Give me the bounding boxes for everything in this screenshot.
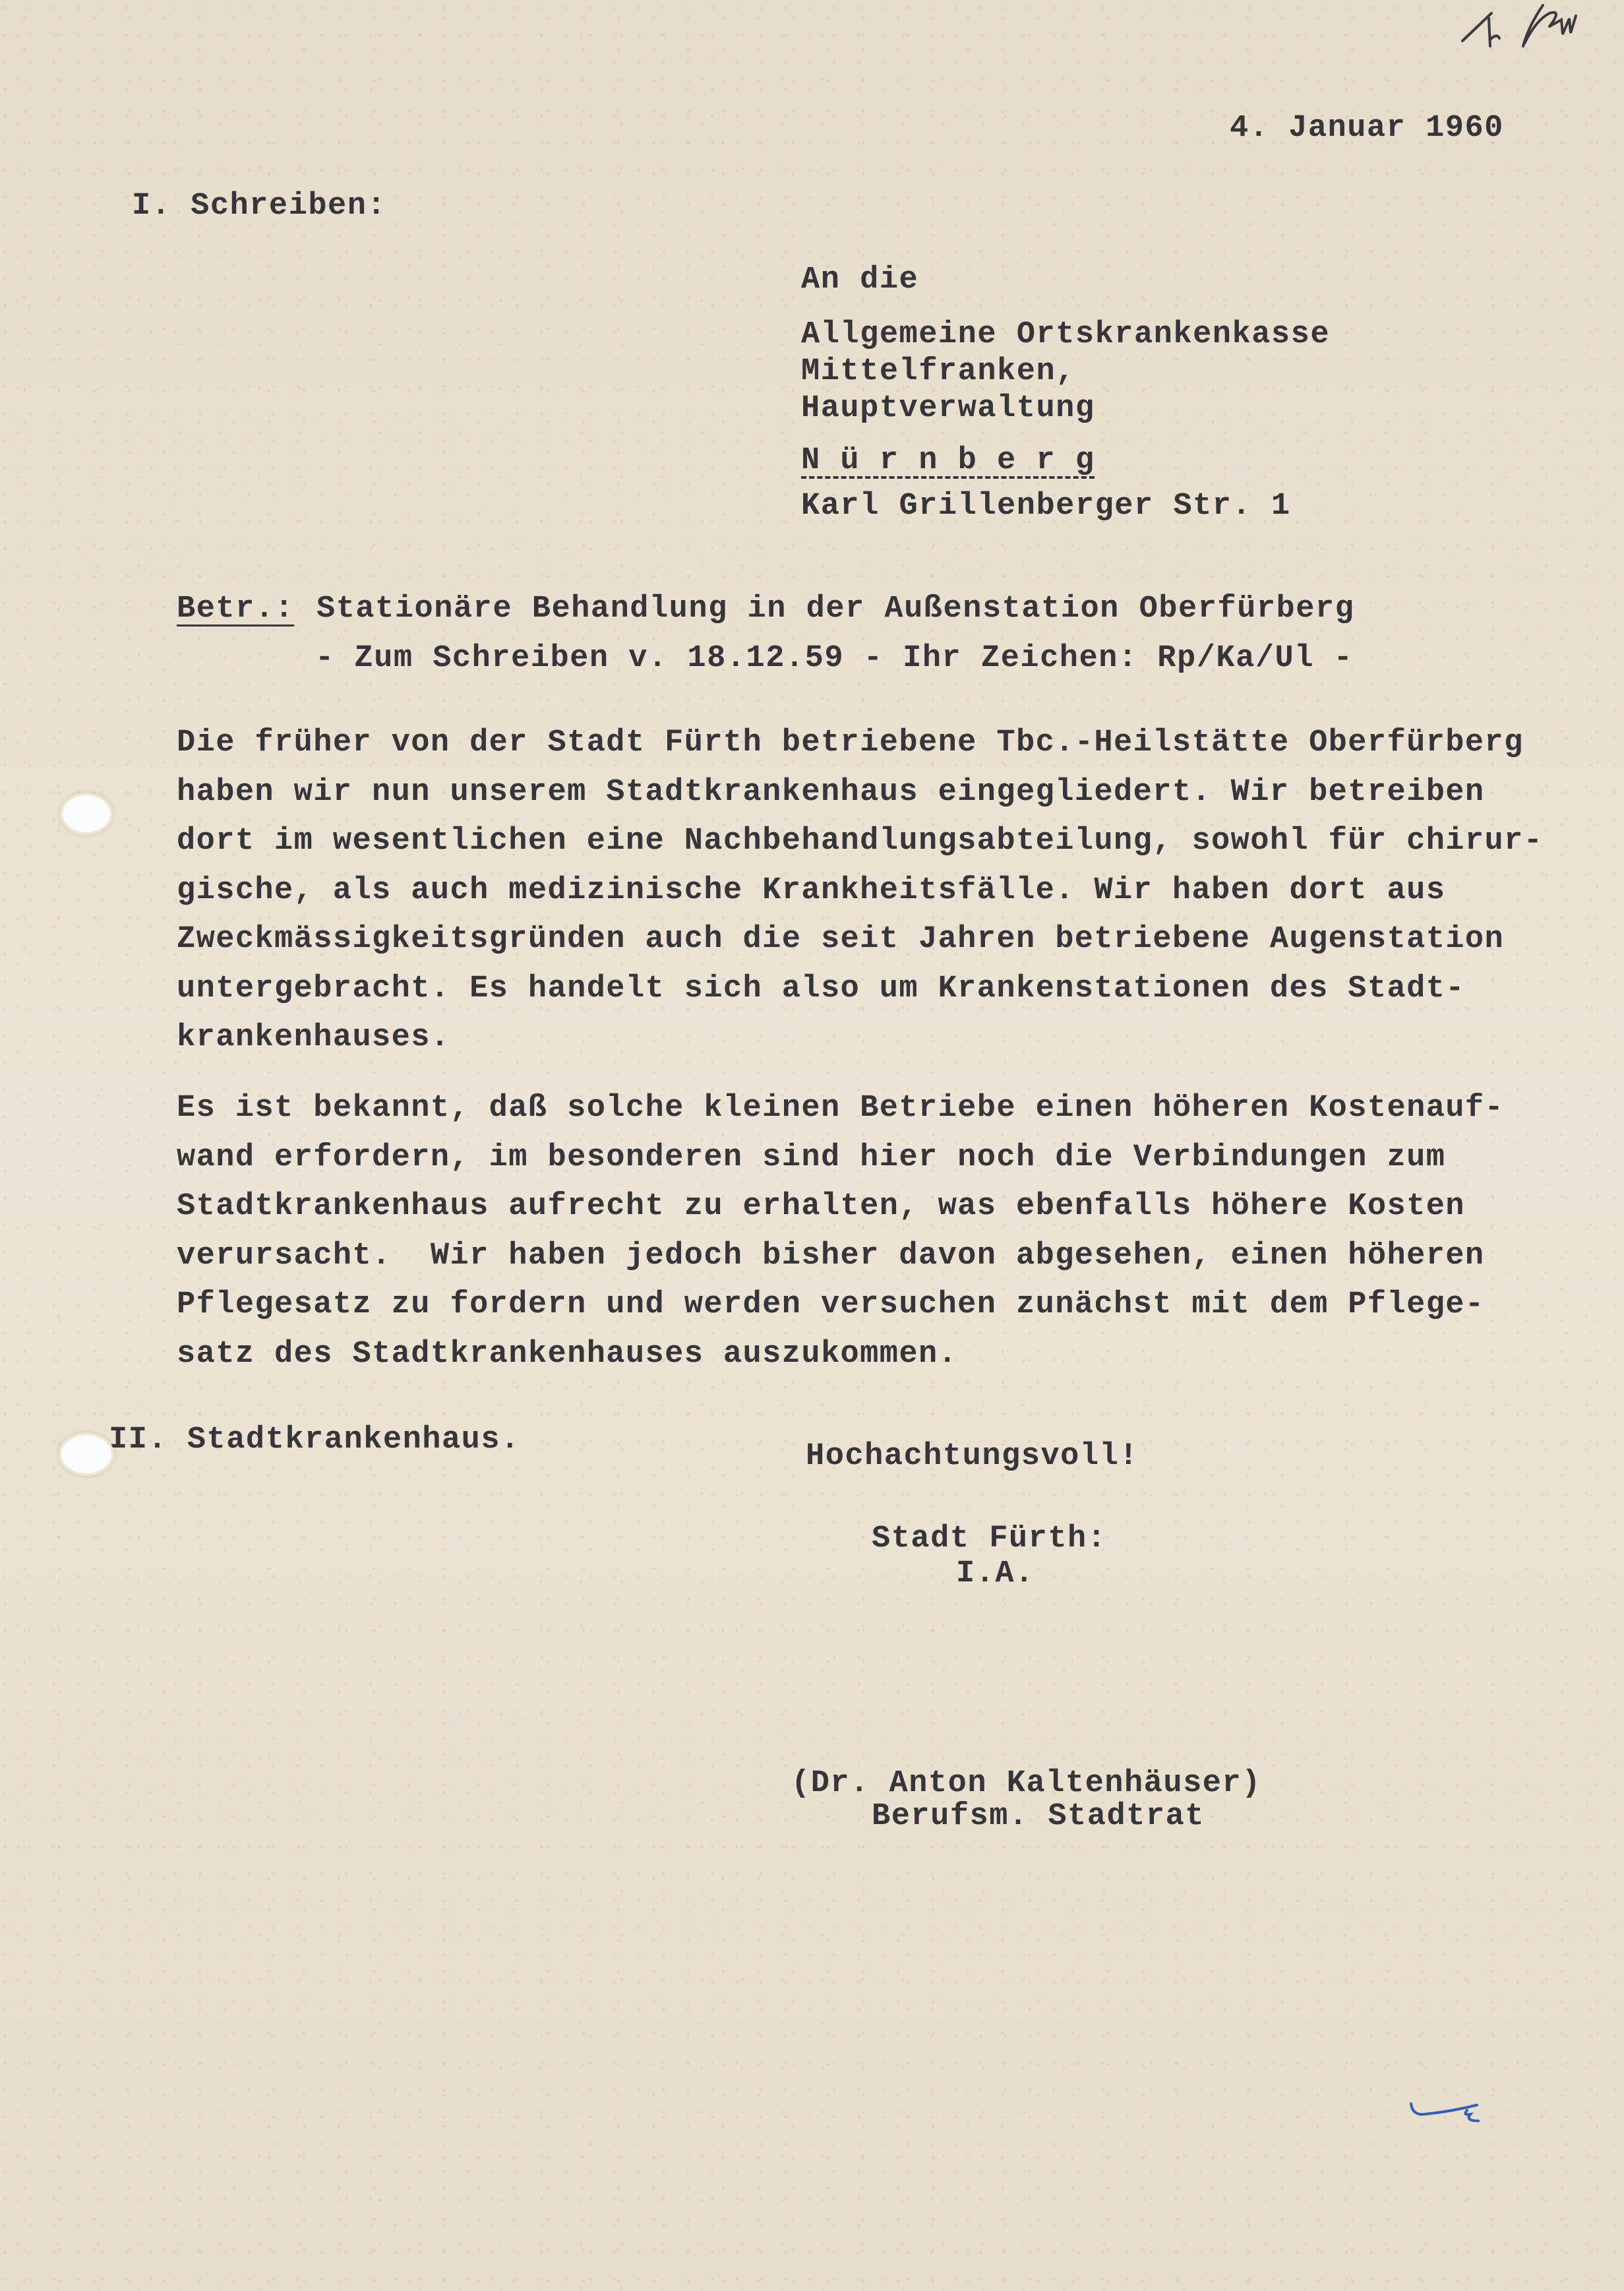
recipient-line-2: Mittelfranken, [801, 353, 1330, 390]
subject-line-1: Stationäre Behandlung in der Außenstatio… [316, 585, 1354, 634]
body-line: Die früher von der Stadt Fürth betrieben… [177, 719, 1594, 768]
recipient-line-3: Hauptverwaltung [801, 390, 1330, 427]
body-line: dort im wesentlichen eine Nachbehandlung… [177, 817, 1594, 867]
body-line: krankenhauses. [177, 1014, 1594, 1063]
subject-line-2: - Zum Schreiben v. 18.12.59 - Ihr Zeiche… [315, 634, 1353, 683]
letter-date: 4. Januar 1960 [1230, 104, 1504, 153]
punch-hole-lower [61, 1435, 111, 1473]
closing-greeting: Hochachtungsvoll! [806, 1432, 1139, 1481]
body-paragraph-1: Die früher von der Stadt Fürth betrieben… [177, 719, 1594, 1063]
recipient-address: An die Allgemeine Ortskrankenkasse Mitte… [801, 256, 1330, 528]
section-one-label: I. Schreiben: [132, 182, 386, 231]
body-line: haben wir nun unserem Stadtkrankenhaus e… [177, 768, 1594, 818]
body-line: Stadtkrankenhaus aufrecht zu erhalten, w… [177, 1182, 1594, 1232]
body-line: untergebracht. Es handelt sich also um K… [177, 965, 1594, 1014]
subject-label: Betr.: [177, 585, 294, 634]
recipient-street: Karl Grillenberger Str. 1 [801, 485, 1330, 528]
section-two-label: II. Stadtkrankenhaus. [109, 1416, 520, 1465]
subject-label-text: Betr.: [177, 592, 294, 626]
body-line: gische, als auch medizinische Krankheits… [177, 867, 1594, 916]
signatory-title: Berufsm. Stadtrat [872, 1792, 1205, 1841]
body-line: wand erfordern, im besonderen sind hier … [177, 1134, 1594, 1183]
body-line: Zweckmässigkeitsgründen auch die seit Ja… [177, 915, 1594, 965]
closing-on-behalf: I.A. [956, 1550, 1035, 1599]
body-line: Pflegesatz zu fordern und werden versuch… [177, 1281, 1594, 1330]
punch-hole-upper [63, 795, 110, 832]
body-paragraph-2: Es ist bekannt, daß solche kleinen Betri… [177, 1084, 1594, 1379]
body-line: Es ist bekannt, daß solche kleinen Betri… [177, 1084, 1594, 1134]
pencil-initials-mark [1451, 0, 1609, 59]
recipient-city: N ü r n b e r g [801, 437, 1330, 485]
recipient-line-1: Allgemeine Ortskrankenkasse [801, 317, 1330, 353]
recipient-salutation: An die [801, 256, 1330, 305]
body-line: verursacht. Wir haben jedoch bisher davo… [177, 1232, 1594, 1281]
blue-ink-paraph-mark [1404, 2097, 1484, 2130]
body-line: satz des Stadtkrankenhauses auszukommen. [177, 1330, 1594, 1380]
